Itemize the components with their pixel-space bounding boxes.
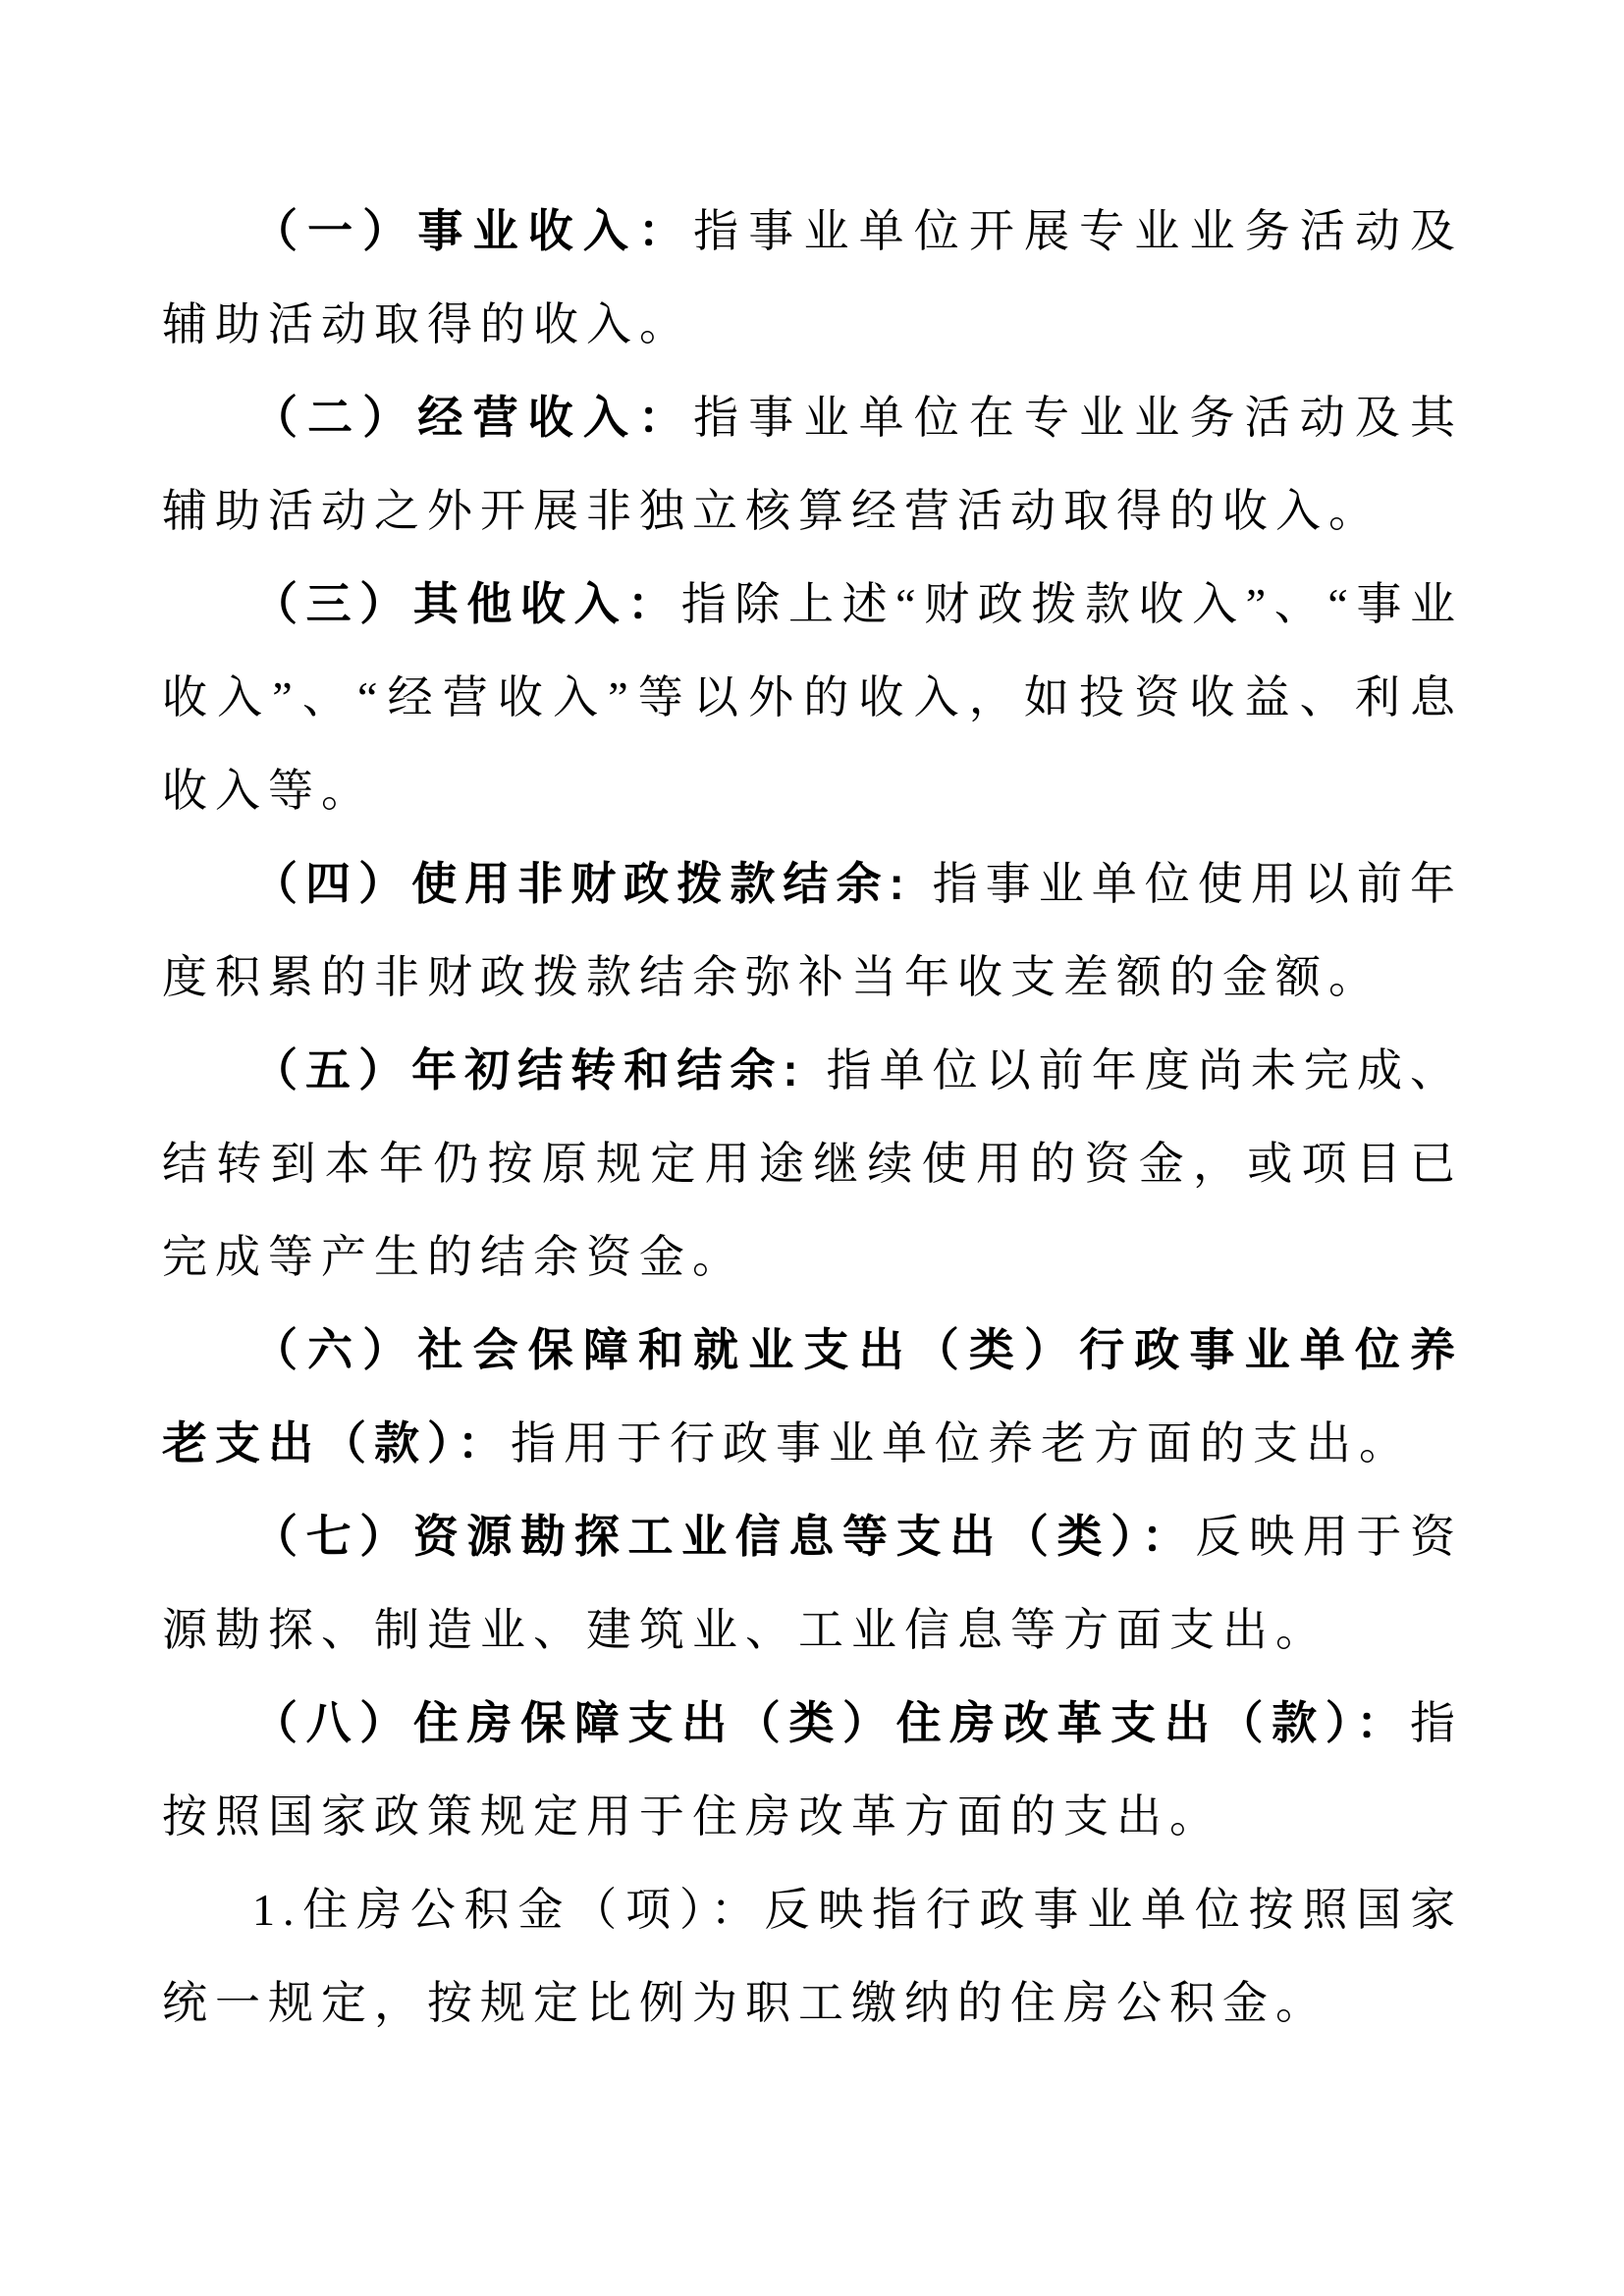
paragraph-1: （一）事业收入：指事业单位开展专业业务活动及辅助活动取得的收入。	[162, 185, 1463, 371]
paragraph-9: 1.住房公积金（项）：反映指行政事业单位按照国家统一规定，按规定比例为职工缴纳的…	[162, 1863, 1463, 2050]
paragraph-3: （三）其他收入：指除上述“财政拨款收入”、“事业收入”、“经营收入”等以外的收入…	[162, 558, 1463, 837]
paragraph-1-heading: （一）事业收入：	[252, 205, 693, 256]
paragraph-2: （二）经营收入：指事业单位在专业业务活动及其辅助活动之外开展非独立核算经营活动取…	[162, 371, 1463, 558]
paragraph-5-heading: （五）年初结转和结余:	[252, 1044, 827, 1095]
paragraph-4-heading: （四）使用非财政拨款结余:	[252, 858, 933, 909]
document-page: （一）事业收入：指事业单位开展专业业务活动及辅助活动取得的收入。 （二）经营收入…	[0, 0, 1624, 2296]
paragraph-5: （五）年初结转和结余: 指单位以前年度尚未完成、结转到本年仍按原规定用途继续使用…	[162, 1024, 1463, 1304]
paragraph-3-heading: （三）其他收入：	[252, 578, 681, 629]
paragraph-7-heading: （七）资源勘探工业信息等支出（类）：	[252, 1511, 1195, 1562]
paragraph-6-text: 指用于行政事业单位养老方面的支出。	[511, 1418, 1412, 1468]
paragraph-8: （八）住房保障支出（类）住房改革支出（款）：指按照国家政策规定用于住房改革方面的…	[162, 1677, 1463, 1863]
paragraph-8-heading: （八）住房保障支出（类）住房改革支出（款）：	[252, 1697, 1410, 1748]
paragraph-9-text: 1.住房公积金（项）：反映指行政事业单位按照国家统一规定，按规定比例为职工缴纳的…	[162, 1885, 1463, 2028]
paragraph-4: （四）使用非财政拨款结余: 指事业单位使用以前年度积累的非财政拨款结余弥补当年收…	[162, 837, 1463, 1024]
paragraph-2-heading: （二）经营收入：	[252, 392, 693, 443]
paragraph-7: （七）资源勘探工业信息等支出（类）：反映用于资源勘探、制造业、建筑业、工业信息等…	[162, 1490, 1463, 1677]
paragraph-6: （六）社会保障和就业支出（类）行政事业单位养老支出（款）：指用于行政事业单位养老…	[162, 1304, 1463, 1490]
document-body: （一）事业收入：指事业单位开展专业业务活动及辅助活动取得的收入。 （二）经营收入…	[162, 185, 1463, 2050]
